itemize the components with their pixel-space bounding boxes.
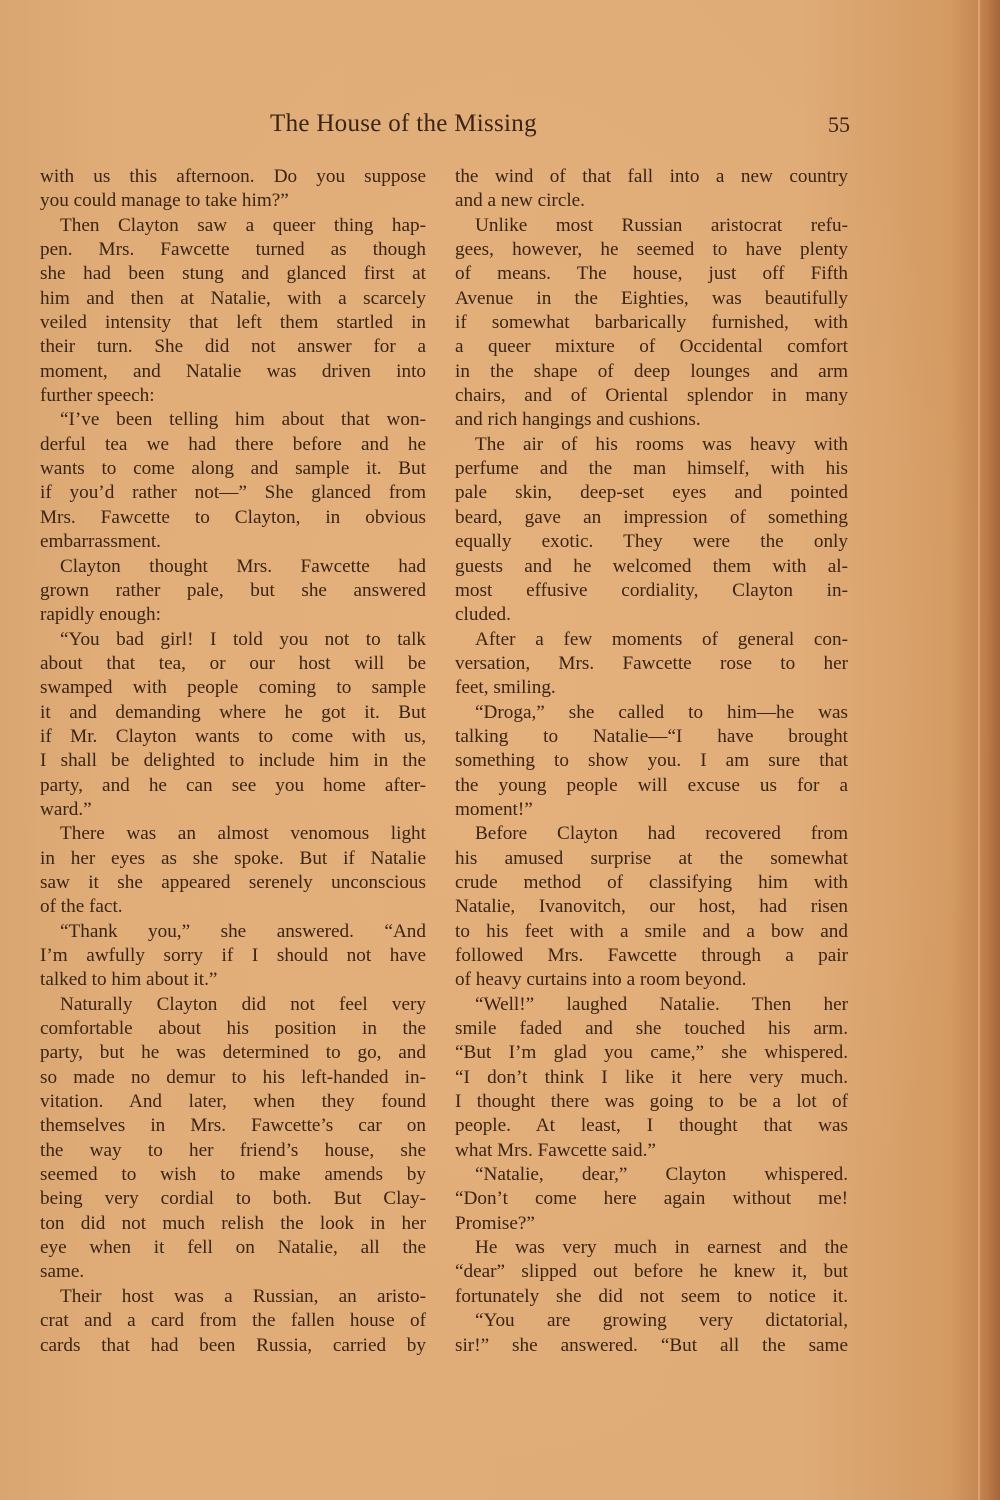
text-line: chairs, and of Oriental splendor in many	[455, 384, 848, 408]
text-line: moment, and Natalie was driven into	[40, 360, 426, 384]
text-line: themselves in Mrs. Fawcette’s car on	[40, 1114, 426, 1138]
text-line: grown rather pale, but she answered	[40, 579, 426, 603]
text-line: the wind of that fall into a new country	[455, 165, 848, 189]
text-line: crude method of classifying him with	[455, 871, 848, 895]
text-line: “Droga,” she called to him—he was	[455, 701, 848, 725]
text-line: party, but he was determined to go, and	[40, 1041, 426, 1065]
text-line: what Mrs. Fawcette said.”	[455, 1139, 848, 1163]
text-line: being very cordial to both. But Clay-	[40, 1187, 426, 1211]
text-line: in the shape of deep lounges and arm	[455, 360, 848, 384]
text-line: crat and a card from the fallen house of	[40, 1309, 426, 1333]
text-line: it and demanding where he got it. But	[40, 701, 426, 725]
text-line: vitation. And later, when they found	[40, 1090, 426, 1114]
text-line: wants to come along and sample it. But	[40, 457, 426, 481]
text-line: beard, gave an impression of something	[455, 506, 848, 530]
text-line: comfortable about his position in the	[40, 1017, 426, 1041]
text-line: feet, smiling.	[455, 676, 848, 700]
text-line: party, and he can see you home after-	[40, 774, 426, 798]
text-line: Promise?”	[455, 1212, 848, 1236]
text-line: of heavy curtains into a room beyond.	[455, 968, 848, 992]
text-line: if you’d rather not—” She glanced from	[40, 481, 426, 505]
text-line: “But I’m glad you came,” she whispered.	[455, 1041, 848, 1065]
text-line: something to show you. I am sure that	[455, 749, 848, 773]
text-line: “Well!” laughed Natalie. Then her	[455, 993, 848, 1017]
text-line: rapidly enough:	[40, 603, 426, 627]
text-line: the way to her friend’s house, she	[40, 1139, 426, 1163]
text-line: “I’ve been telling him about that won-	[40, 408, 426, 432]
text-line: Then Clayton saw a queer thing hap-	[40, 214, 426, 238]
text-line: the young people will excuse us for a	[455, 774, 848, 798]
page-edge-shadow	[978, 0, 1000, 1500]
text-line: people. At least, I thought that was	[455, 1114, 848, 1138]
text-line: “Thank you,” she answered. “And	[40, 920, 426, 944]
text-line: and rich hangings and cushions.	[455, 408, 848, 432]
text-line: Before Clayton had recovered from	[455, 822, 848, 846]
text-line: “You are growing very dictatorial,	[455, 1309, 848, 1333]
text-line: him and then at Natalie, with a scarcely	[40, 287, 426, 311]
text-line: I’m awfully sorry if I should not have	[40, 944, 426, 968]
text-line: Natalie, Ivanovitch, our host, had risen	[455, 895, 848, 919]
text-line: pen. Mrs. Fawcette turned as though	[40, 238, 426, 262]
text-line: After a few moments of general con-	[455, 628, 848, 652]
text-line: if somewhat barbarically furnished, with	[455, 311, 848, 335]
text-line: if Mr. Clayton wants to come with us,	[40, 725, 426, 749]
text-line: “I don’t think I like it here very much.	[455, 1066, 848, 1090]
right-text-column: the wind of that fall into a new country…	[455, 165, 848, 1358]
text-line: eye when it fell on Natalie, all the	[40, 1236, 426, 1260]
running-header: The House of the Missing 55	[270, 110, 850, 146]
text-line: ward.”	[40, 798, 426, 822]
text-line: perfume and the man himself, with his	[455, 457, 848, 481]
text-line: she had been stung and glanced first at	[40, 262, 426, 286]
text-line: in her eyes as she spoke. But if Natalie	[40, 847, 426, 871]
text-line: Unlike most Russian aristocrat refu-	[455, 214, 848, 238]
book-page: The House of the Missing 55 with us this…	[0, 0, 1000, 1500]
text-line: pale skin, deep-set eyes and pointed	[455, 481, 848, 505]
text-line: followed Mrs. Fawcette through a pair	[455, 944, 848, 968]
text-line: embarrassment.	[40, 530, 426, 554]
text-line: sir!” she answered. “But all the same	[455, 1334, 848, 1358]
text-line: He was very much in earnest and the	[455, 1236, 848, 1260]
text-line: gees, however, he seemed to have plenty	[455, 238, 848, 262]
text-line: Mrs. Fawcette to Clayton, in obvious	[40, 506, 426, 530]
text-line: Clayton thought Mrs. Fawcette had	[40, 555, 426, 579]
text-line: their turn. She did not answer for a	[40, 335, 426, 359]
text-line: and a new circle.	[455, 189, 848, 213]
text-line: of means. The house, just off Fifth	[455, 262, 848, 286]
text-line: derful tea we had there before and he	[40, 433, 426, 457]
text-line: Naturally Clayton did not feel very	[40, 993, 426, 1017]
text-line: fortunately she did not seem to notice i…	[455, 1285, 848, 1309]
text-line: The air of his rooms was heavy with	[455, 433, 848, 457]
page-number: 55	[828, 112, 850, 138]
text-line: further speech:	[40, 384, 426, 408]
text-line: ton did not much relish the look in her	[40, 1212, 426, 1236]
text-line: seemed to wish to make amends by	[40, 1163, 426, 1187]
text-line: Avenue in the Eighties, was beautifully	[455, 287, 848, 311]
text-line: his amused surprise at the somewhat	[455, 847, 848, 871]
text-line: “You bad girl! I told you not to talk	[40, 628, 426, 652]
page-edge-line	[978, 0, 980, 1500]
text-line: I thought there was going to be a lot of	[455, 1090, 848, 1114]
text-line: guests and he welcomed them with al-	[455, 555, 848, 579]
text-line: to his feet with a smile and a bow and	[455, 920, 848, 944]
text-line: talked to him about it.”	[40, 968, 426, 992]
text-line: saw it she appeared serenely unconscious	[40, 871, 426, 895]
text-line: a queer mixture of Occidental comfort	[455, 335, 848, 359]
text-line: veiled intensity that left them startled…	[40, 311, 426, 335]
text-line: “Don’t come here again without me!	[455, 1187, 848, 1211]
running-title: The House of the Missing	[270, 110, 537, 138]
text-line: “Natalie, dear,” Clayton whispered.	[455, 1163, 848, 1187]
text-line: moment!”	[455, 798, 848, 822]
text-line: Their host was a Russian, an aristo-	[40, 1285, 426, 1309]
text-line: “dear” slipped out before he knew it, bu…	[455, 1260, 848, 1284]
text-line: cards that had been Russia, carried by	[40, 1334, 426, 1358]
left-text-column: with us this afternoon. Do you supposeyo…	[40, 165, 426, 1358]
text-line: I shall be delighted to include him in t…	[40, 749, 426, 773]
text-line: most effusive cordiality, Clayton in-	[455, 579, 848, 603]
text-line: cluded.	[455, 603, 848, 627]
text-line: you could manage to take him?”	[40, 189, 426, 213]
text-line: equally exotic. They were the only	[455, 530, 848, 554]
text-line: of the fact.	[40, 895, 426, 919]
text-line: same.	[40, 1260, 426, 1284]
text-line: about that tea, or our host will be	[40, 652, 426, 676]
text-line: smile faded and she touched his arm.	[455, 1017, 848, 1041]
text-line: swamped with people coming to sample	[40, 676, 426, 700]
text-line: There was an almost venomous light	[40, 822, 426, 846]
text-line: versation, Mrs. Fawcette rose to her	[455, 652, 848, 676]
text-line: so made no demur to his left-handed in-	[40, 1066, 426, 1090]
text-line: talking to Natalie—“I have brought	[455, 725, 848, 749]
text-line: with us this afternoon. Do you suppose	[40, 165, 426, 189]
